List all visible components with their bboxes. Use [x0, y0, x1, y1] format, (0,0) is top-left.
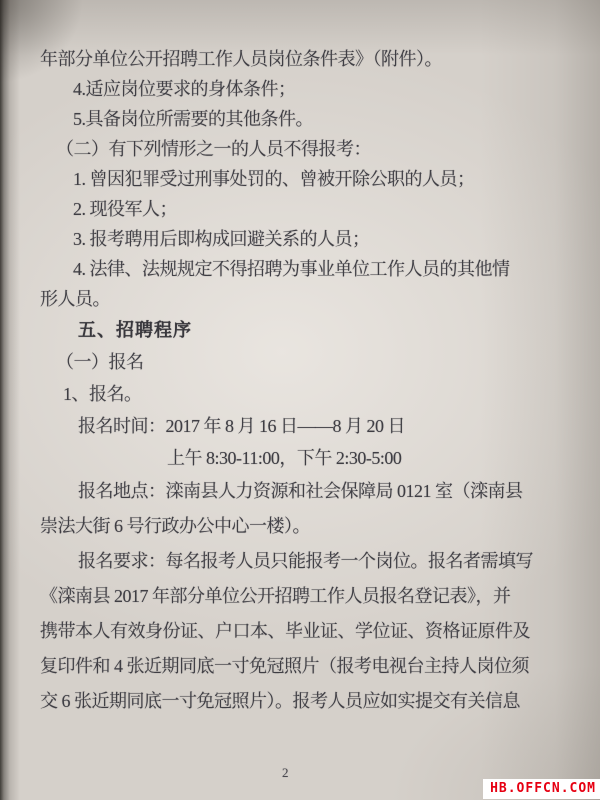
section-heading: 五、招聘程序 [40, 314, 572, 346]
doc-line-signup-requirements: 《滦南县 2017 年部分单位公开招聘工作人员报名登记表》，并 [40, 579, 572, 614]
document-body: 年部分单位公开招聘工作人员岗位条件表》（附件）。 4.适应岗位要求的身体条件； … [40, 44, 572, 719]
page-number: 2 [282, 765, 289, 781]
doc-list-item: 4.适应岗位要求的身体条件； [40, 74, 572, 104]
doc-line-continuation: 年部分单位公开招聘工作人员岗位条件表》（附件）。 [40, 44, 572, 74]
doc-list-item: 3. 报考聘用后即构成回避关系的人员； [40, 224, 572, 254]
doc-list-item: 2. 现役军人； [40, 194, 572, 224]
subsection-heading: （二）有下列情形之一的人员不得报考： [40, 134, 572, 164]
doc-list-item: 1. 曾因犯罪受过刑事处罚的、曾被开除公职的人员； [40, 164, 572, 194]
doc-line-signup-requirements: 复印件和 4 张近期同底一寸免冠照片（报考电视台主持人岗位须 [40, 649, 572, 684]
doc-list-item: 1、报名。 [40, 378, 572, 410]
doc-line-signup-requirements: 交 6 张近期同底一寸免冠照片）。报考人员应如实提交有关信息 [40, 684, 572, 719]
subsection-heading: （一）报名 [40, 346, 572, 378]
doc-list-item: 4. 法律、法规规定不得招聘为事业单位工作人员的其他情 [40, 254, 572, 284]
watermark-badge: HB.OFFCN.COM [483, 779, 600, 799]
doc-list-item: 5.具备岗位所需要的其他条件。 [40, 104, 572, 134]
doc-line-signup-requirements: 携带本人有效身份证、户口本、毕业证、学位证、资格证原件及 [40, 614, 572, 649]
doc-line-signup-requirements: 报名要求：每名报考人员只能报考一个岗位。报名者需填写 [40, 544, 572, 579]
doc-line-signup-time: 报名时间：2017 年 8 月 16 日——8 月 20 日 [40, 410, 572, 442]
doc-line-signup-location: 崇法大街 6 号行政办公中心一楼）。 [40, 509, 572, 544]
doc-line-continuation: 形人员。 [40, 284, 572, 314]
document-photo-page: 年部分单位公开招聘工作人员岗位条件表》（附件）。 4.适应岗位要求的身体条件； … [0, 0, 600, 800]
doc-line-signup-location: 报名地点：滦南县人力资源和社会保障局 0121 室（滦南县 [40, 474, 572, 509]
doc-line-signup-hours: 上午 8:30-11:00，下午 2:30-5:00 [40, 442, 572, 474]
